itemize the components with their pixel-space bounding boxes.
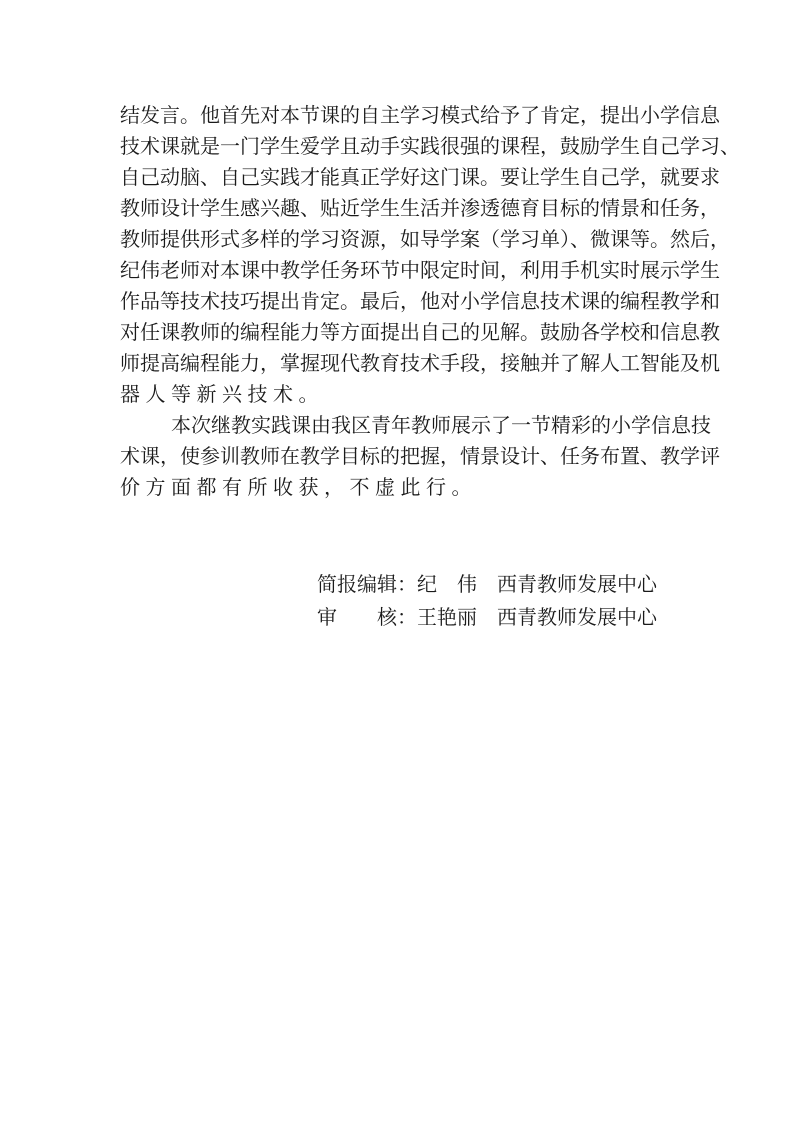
text-line: 纪伟老师对本课中教学任务环节中限定时间，利用手机实时展示学生 [120,255,682,286]
text-line: 术课，使参训教师在教学目标的把握，情景设计、任务布置、教学评 [120,441,682,472]
body-text: 结发言。他首先对本节课的自主学习模式给予了肯定，提出小学信息 技术课就是一门学生… [120,100,682,503]
text-line: 本次继教实践课由我区青年教师展示了一节精彩的小学信息技 [120,410,682,441]
text-line: 器人等新兴技术。 [120,379,682,410]
editor-credit: 简报编辑：纪 伟 西青教师发展中心 [317,568,657,601]
text-line: 师提高编程能力，掌握现代教育技术手段，接触并了解人工智能及机 [120,348,682,379]
text-line: 作品等技术技巧提出肯定。最后，他对小学信息技术课的编程教学和 [120,286,682,317]
text-line: 价方面都有所收获，不虚此行。 [120,472,682,503]
text-line: 结发言。他首先对本节课的自主学习模式给予了肯定，提出小学信息 [120,100,682,131]
text-line: 技术课就是一门学生爱学且动手实践很强的课程，鼓励学生自己学习、 [120,131,682,162]
document-page: 结发言。他首先对本节课的自主学习模式给予了肯定，提出小学信息 技术课就是一门学生… [0,0,793,1122]
text-line: 教师设计学生感兴趣、贴近学生生活并渗透德育目标的情景和任务， [120,193,682,224]
text-line: 对任课教师的编程能力等方面提出自己的见解。鼓励各学校和信息教 [120,317,682,348]
signature-block: 简报编辑：纪 伟 西青教师发展中心 审 核：王艳丽 西青教师发展中心 [317,568,657,634]
paragraph-1: 结发言。他首先对本节课的自主学习模式给予了肯定，提出小学信息 技术课就是一门学生… [120,100,682,410]
text-line: 自己动脑、自己实践才能真正学好这门课。要让学生自己学，就要求 [120,162,682,193]
reviewer-credit: 审 核：王艳丽 西青教师发展中心 [317,601,657,634]
text-line: 教师提供形式多样的学习资源，如导学案（学习单）、微课等。然后， [120,224,682,255]
paragraph-2: 本次继教实践课由我区青年教师展示了一节精彩的小学信息技 术课，使参训教师在教学目… [120,410,682,503]
